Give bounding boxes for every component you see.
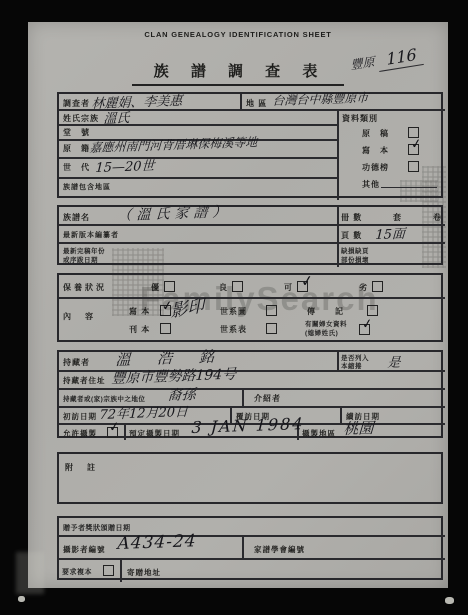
divider	[59, 388, 445, 390]
divider	[59, 177, 337, 179]
film-date-value: 3 JAN 1984	[191, 414, 305, 437]
set-label: 套	[393, 212, 402, 223]
section-basic-info: 調查者 林麗娟、李美惠 地 區 台灣台中縣豐原市 姓氏宗族 溫氏 堂 號 原 籍…	[57, 92, 443, 198]
microfilm-label-line2: 本縮捲	[341, 361, 362, 370]
form-english-title: CLAN GENEALOGY IDENTIFICATION SHEET	[28, 30, 448, 39]
manuscript-note-value: 影印	[170, 291, 204, 322]
section-notes: 附 註	[57, 452, 443, 504]
divider	[340, 406, 342, 423]
category-merit-checkbox	[408, 161, 419, 172]
condition-good-checkbox	[232, 281, 243, 292]
holder-address-label: 持藏者住址	[63, 375, 106, 386]
scan-speck-bottom-right	[445, 597, 454, 604]
award-date-label: 贈予者獎狀頒贈日期	[63, 523, 131, 533]
serial-prefix: 豐原	[350, 53, 375, 74]
pages-value: 15面	[375, 223, 406, 243]
holder-label: 持藏者	[63, 357, 90, 368]
final-draft-label-line1: 最新完稿年份	[63, 246, 105, 255]
divider	[124, 423, 126, 440]
genealogy-title-label: 族譜名	[63, 212, 90, 223]
form-title: 族 譜 調 查 表	[132, 63, 345, 86]
copy-request-label: 要求複本	[62, 567, 92, 577]
first-visit-label: 初訪日期	[63, 411, 97, 422]
scan-speck-bottom-left	[18, 596, 25, 602]
origin-label: 原 籍	[63, 143, 90, 154]
content-print-checkbox	[160, 323, 171, 334]
content-women-label-line1: 有關婦女資料	[305, 319, 347, 328]
permission-checkmark: ✓	[108, 420, 121, 434]
region-label: 地 區	[246, 98, 267, 109]
divider	[242, 388, 244, 406]
film-date-label: 預定攝製日期	[129, 428, 180, 439]
volumes-label: 冊 數	[341, 212, 362, 223]
investigator-label: 調查者	[63, 98, 90, 109]
surname-label: 姓氏宗族	[63, 113, 99, 124]
divider	[59, 124, 337, 126]
condition-poor-label: 劣	[359, 282, 368, 293]
divider	[120, 558, 122, 582]
category-other-label: 其他	[362, 179, 380, 190]
scanned-form-paper: FamilySearch CLAN GENEALOGY IDENTIFICATI…	[28, 22, 448, 588]
damage-label-line2: 部份損壞	[341, 255, 369, 264]
content-bio-label: 傳 記	[307, 306, 349, 317]
section-admin: 贈予者獎狀頒贈日期 攝影者編號 A434-24 家譜學會編號 要求複本 寄贈地址	[57, 516, 443, 580]
surname-value: 溫氏	[103, 107, 130, 127]
content-manuscript-label: 寫 本	[129, 306, 150, 317]
scroll-label: 卷	[433, 212, 442, 223]
content-women-label-line2: (媳婦姓氏)	[305, 328, 338, 337]
category-manuscript-label: 寫 本	[362, 145, 389, 156]
coverage-label: 族譜包含地區	[63, 182, 111, 192]
permission-label: 允許攝製	[63, 428, 97, 439]
film-area-value: 桃園	[343, 417, 374, 439]
condition-excellent-label: 優	[151, 282, 160, 293]
divider	[59, 297, 445, 299]
condition-good-label: 良	[219, 282, 228, 293]
section-holder-info: 持藏者 溫 浩 銘 是否列入 本縮捲 是 持藏者住址 豐原市豐勢路194号 持藏…	[57, 350, 443, 438]
category-other-blank	[381, 179, 437, 188]
divider	[240, 94, 242, 109]
pages-label: 頁 數	[341, 230, 362, 241]
hall-label: 堂 號	[63, 127, 90, 138]
category-manuscript-checkmark: ✓	[410, 137, 423, 151]
holder-position-label: 持藏者或(家)宗族中之地位	[63, 394, 145, 403]
copy-request-checkbox	[103, 565, 114, 576]
content-chart-label: 世系圖	[220, 306, 247, 317]
microfilm-value: 是	[387, 351, 401, 371]
content-table-checkbox	[266, 323, 277, 334]
category-original-label: 原 稿	[362, 128, 389, 139]
final-draft-label-line2: 或序跋日期	[63, 255, 98, 264]
condition-excellent-checkbox	[164, 281, 175, 292]
introducer-label: 介紹者	[254, 393, 281, 404]
compiler-label: 最新版本編纂者	[63, 230, 119, 240]
divider	[337, 109, 339, 200]
divider	[242, 535, 244, 558]
scan-artifact-bottom-left	[16, 552, 44, 594]
content-print-label: 刊 本	[129, 324, 150, 335]
mailing-address-label: 寄贈地址	[127, 567, 161, 578]
content-women-checkmark: ✓	[361, 317, 374, 331]
content-bio-checkbox	[367, 305, 378, 316]
notes-label: 附 註	[65, 462, 98, 473]
category-title: 資料類別	[342, 113, 378, 124]
category-merit-label: 功德榜	[362, 162, 389, 173]
condition-poor-checkbox	[372, 281, 383, 292]
generations-value: 15—20世	[95, 155, 155, 176]
condition-label: 保養狀況	[63, 282, 107, 293]
content-table-label: 世系表	[220, 324, 247, 335]
content-label: 內 容	[63, 311, 96, 322]
condition-fair-label: 可	[284, 282, 293, 293]
section-genealogy-title: 族譜名 （溫氏家譜） 冊 數 套 卷 最新版本編纂者 頁 數 15面 最新完稿年…	[57, 205, 443, 265]
divider	[337, 352, 339, 370]
region-value: 台灣台中縣豐原市	[272, 89, 369, 109]
divider	[59, 558, 445, 560]
photographer-id-value: A434-24	[117, 531, 197, 554]
content-chart-checkbox	[266, 305, 277, 316]
film-area-label: 攝製地區	[302, 428, 336, 439]
origin-value: 嘉應州南門河背厝琳保梅溪等地	[89, 133, 258, 156]
damage-label-line1: 缺損缺頁	[341, 246, 369, 255]
condition-fair-checkmark: ✓	[300, 273, 315, 290]
divider	[337, 207, 339, 267]
section-condition-content: 保養狀況 優 良 可 ✓ 劣 內 容 寫 本 ✓ 影印 世系圖 傳 記 刊 本 …	[57, 273, 443, 342]
society-id-label: 家譜學會編號	[254, 544, 305, 555]
generations-label: 世 代	[63, 162, 90, 173]
genealogy-title-value: （溫氏家譜）	[117, 201, 232, 225]
photographer-id-label: 攝影者編號	[63, 544, 106, 555]
